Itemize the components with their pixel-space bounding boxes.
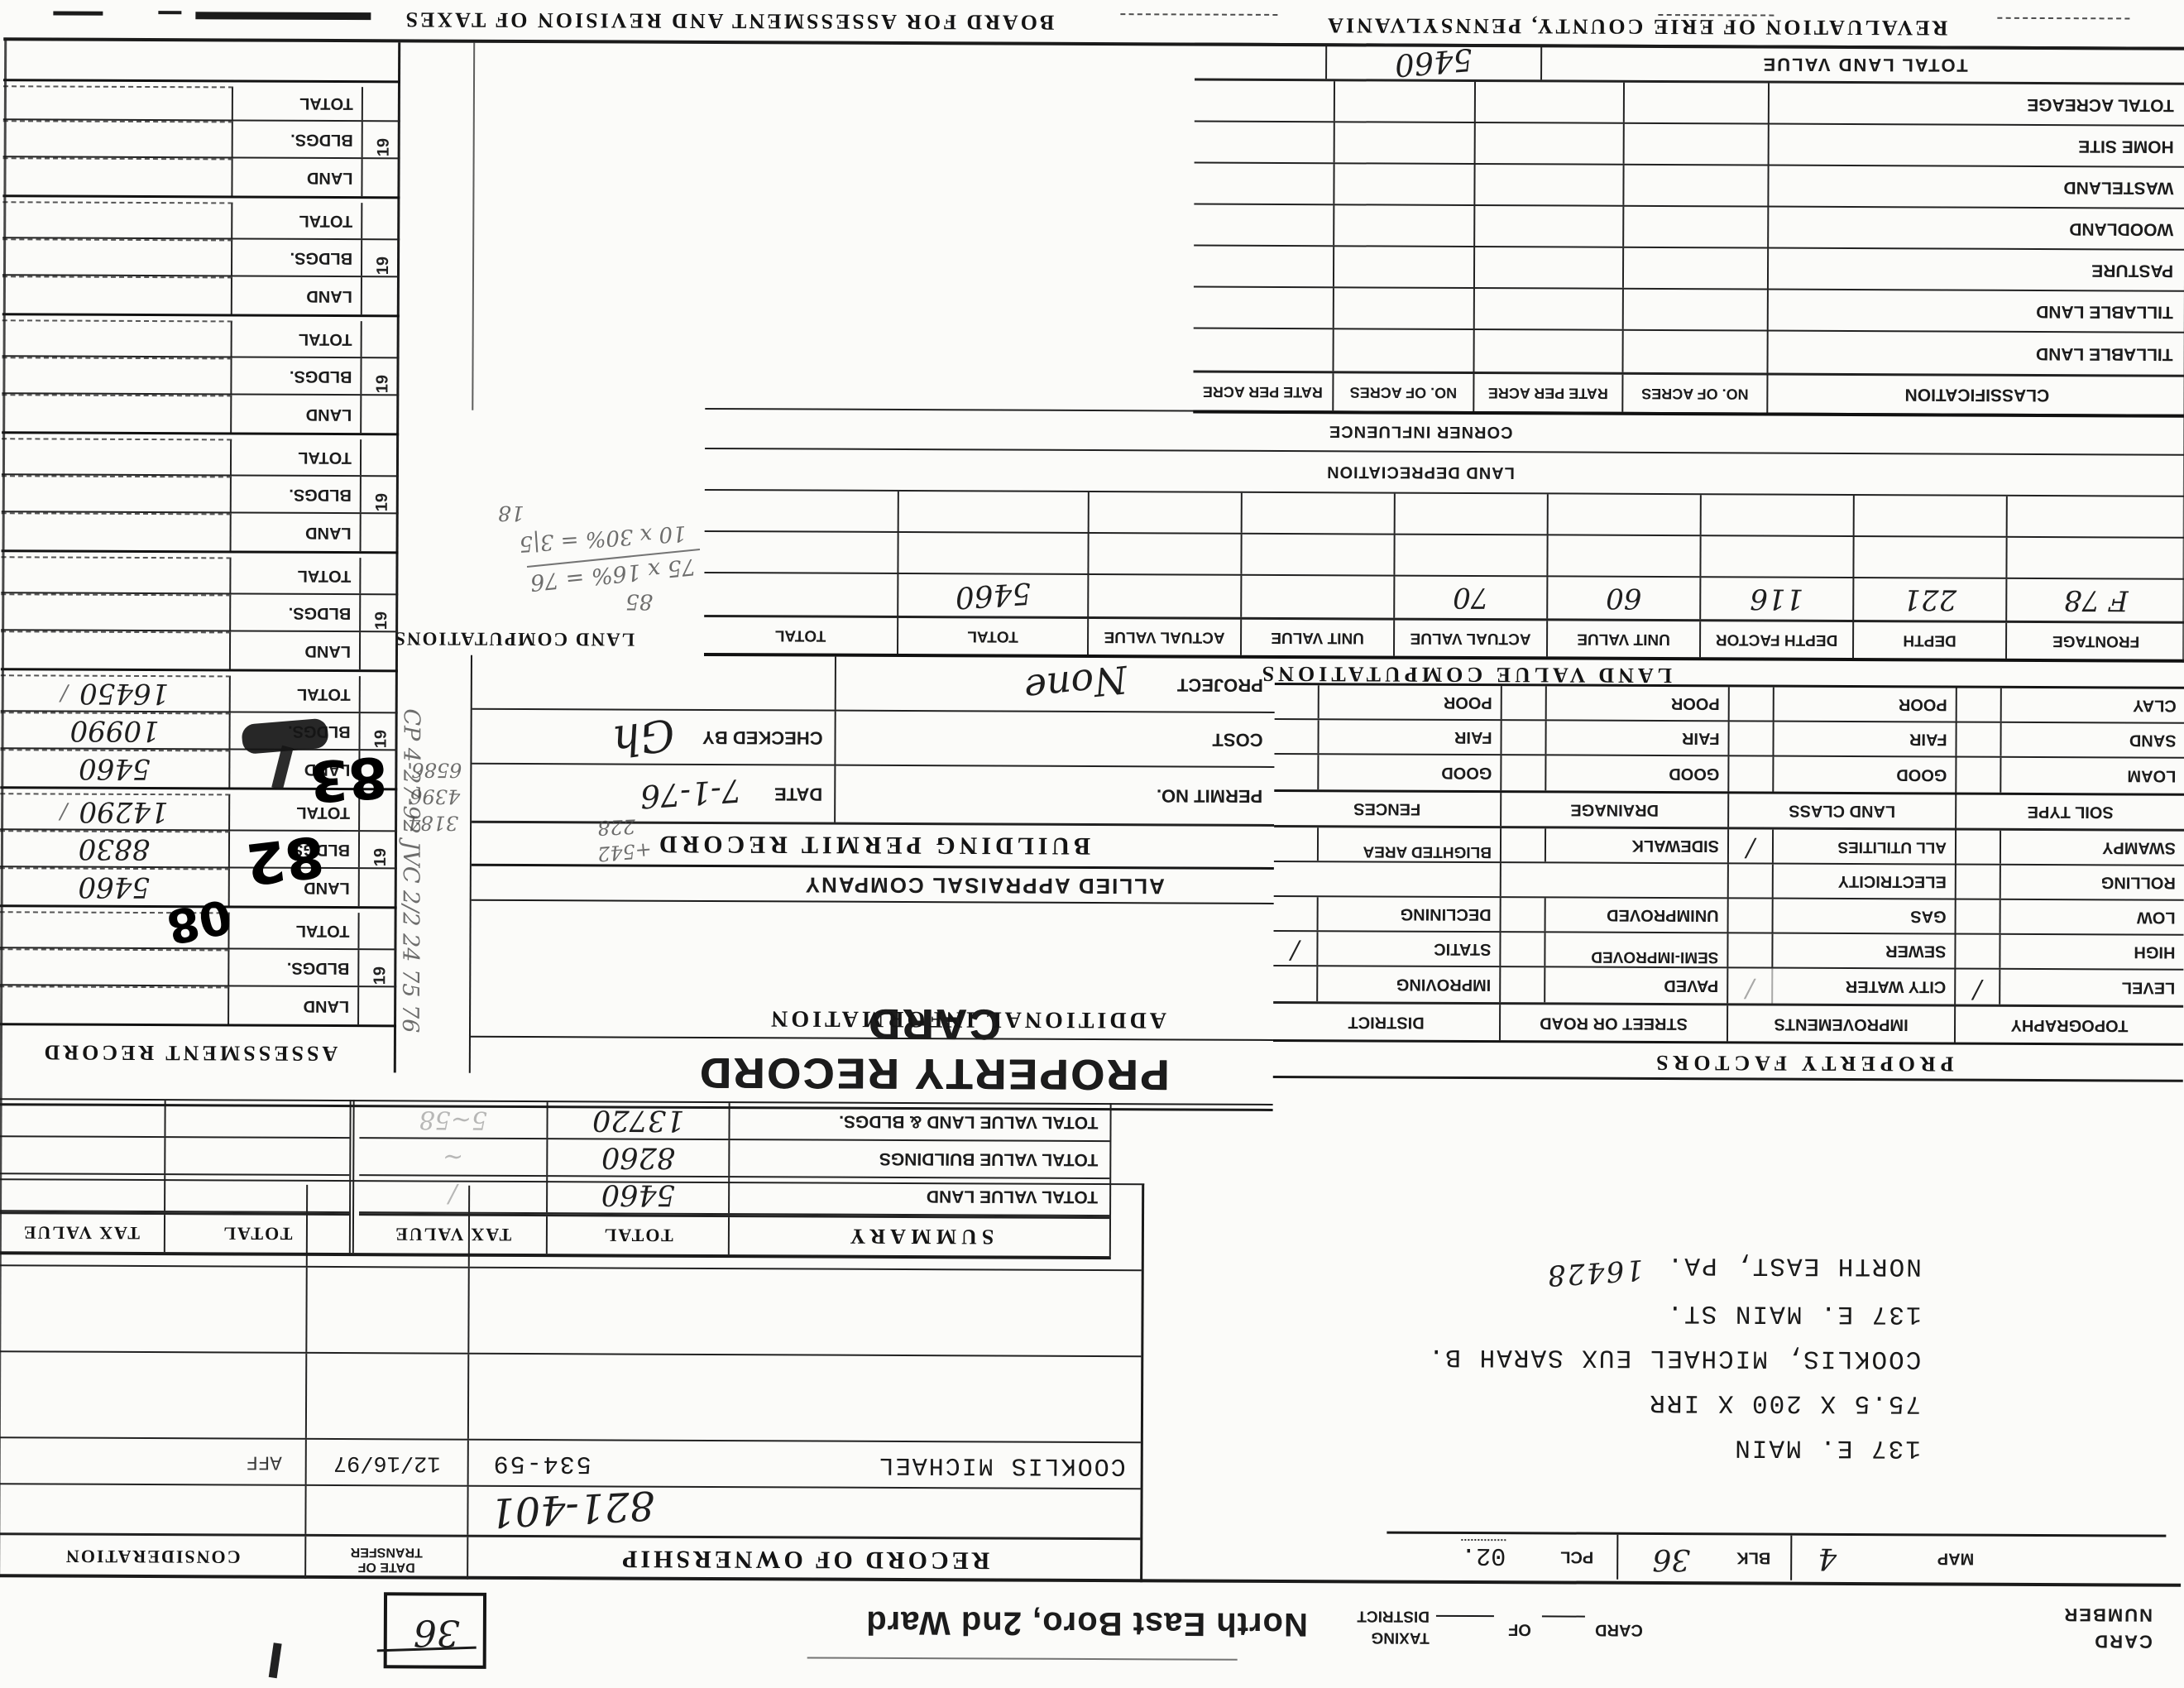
assessment-label-total: TOTAL (297, 684, 351, 703)
property-address2-text: NORTH EAST, PA. (1666, 1250, 1922, 1280)
card-of-blank1 (1542, 1615, 1585, 1617)
soil-header-class: LAND CLASS (1789, 801, 1895, 821)
factor-electricity: ELECTRICITY (1774, 865, 1955, 899)
assessment-label-bldgs: BLDGS. (289, 485, 352, 504)
class-header-rate2: RATE PER ACRE (1203, 383, 1323, 401)
factor-city-water: CITY WATER (1773, 969, 1954, 1005)
pencil-note-1: +542 (596, 838, 653, 866)
card-number-label: CARD NUMBER (2062, 1601, 2153, 1654)
assessment-1-total-value: 14290 (79, 795, 168, 828)
summary-header: SUMMARY (845, 1224, 994, 1249)
landclass-poor: POOR (1774, 688, 1956, 722)
assessment-label-total: TOTAL (299, 211, 352, 230)
map-value: 4 (1818, 1542, 1837, 1575)
summary-row-all-total: 13720 (592, 1104, 685, 1137)
property-owner: COOKLIS, MICHAEL EUX SARAH B. (1427, 1334, 1922, 1381)
card-number-line2: NUMBER (2062, 1601, 2153, 1628)
factor-sidewalk-check (1501, 828, 1546, 861)
pencil-math-4: 18 (498, 501, 524, 525)
factor-blighted-area: BLIGHTED AREA (1319, 827, 1500, 861)
scan-artifact-bar3 (158, 11, 181, 14)
project-value: None (1023, 657, 1130, 712)
year-prefix: 19 (371, 848, 390, 866)
property-factors-title: PROPERTY FACTORS (1554, 1049, 2051, 1077)
class-row-tillable2: TILLABLE LAND (2036, 301, 2173, 322)
comp-depth-value: 221 (1903, 583, 1956, 616)
factor-rolling: ROLLING (2001, 866, 2184, 899)
factors-header-topography: TOPOGRAPHY (2011, 1015, 2129, 1035)
property-location: 137 E. MAIN (1426, 1423, 1921, 1470)
summary-tax-header: TAX VALUE (394, 1224, 511, 1246)
summary-extra-table: TOTAL TAX VALUE (0, 1098, 355, 1253)
property-lot-size: 75.5 X 200 X IRR (1426, 1379, 1921, 1426)
assessment-record-title: ASSESSMENT RECORD (16, 1039, 363, 1066)
rule-factors-top (1273, 1076, 2183, 1082)
factor-sewer: SEWER (1773, 934, 1954, 968)
assessment-2-land-value: 5460 (79, 752, 151, 785)
soil-header-drainage: DRAINAGE (1570, 800, 1659, 819)
soil-loam: LOAM (2001, 758, 2184, 794)
district-rule (807, 1657, 1238, 1661)
card-of-card-label: CARD (1595, 1621, 1643, 1639)
owner-row-date: 12/16/97 (333, 1450, 441, 1475)
year-stamp-83: 83 (307, 743, 390, 813)
permit-title: BUILDING PERMIT RECORD (655, 830, 1090, 860)
pcl-value: 02. (1461, 1539, 1506, 1569)
scan-artifact-mark (269, 1642, 282, 1678)
assessment-label-land: LAND (305, 523, 352, 542)
factor-high-check (1956, 935, 2000, 968)
total-land-value-label: TOTAL LAND VALUE (1761, 54, 1967, 76)
strip-rule-lower (472, 43, 475, 410)
soil-header-fences: FENCES (1353, 799, 1420, 818)
assessment-2-bldgs-value: 10990 (69, 714, 159, 747)
year-prefix: 19 (373, 493, 392, 511)
scan-artifact-bar1 (195, 12, 371, 20)
permit-date-label: DATE (774, 783, 822, 804)
assessment-1-land-value: 5460 (78, 870, 150, 904)
taxing-label-line2: DISTRICT (1357, 1604, 1430, 1626)
factor-improving: IMPROVING (1318, 966, 1499, 1002)
card-of-group: CARD OF (1428, 1619, 1643, 1639)
taxing-label-line1: TAXING (1357, 1626, 1430, 1647)
factor-swampy-check (1956, 831, 2001, 864)
soil-header-type: SOIL TYPE (2028, 802, 2114, 821)
assessment-label-total: TOTAL (299, 94, 353, 113)
permit-no-label: PERMIT NO. (1157, 784, 1262, 807)
comp-header-depth: DEPTH (1903, 631, 1956, 650)
factor-semi-improved: SEMI-IMPROVED (1545, 933, 1727, 966)
blk-value: 36 (1652, 1542, 1690, 1576)
landclass-good: GOOD (1774, 757, 1955, 793)
year-prefix: 19 (372, 611, 391, 630)
assessment-label-land: LAND (306, 286, 352, 305)
summary-extra-tax-header: TAX VALUE (22, 1222, 140, 1244)
comp-depth-factor-value: 116 (1750, 582, 1803, 615)
checked-by-label: CHECKED BY (702, 727, 823, 749)
factor-static-check: / (1273, 932, 1318, 965)
owner-row-bookpage: 534-59 (492, 1449, 591, 1478)
factor-gas-check (1729, 899, 1774, 932)
assessment-block-6: 19 LAND BLDGS. TOTAL (2, 197, 400, 317)
card-rotated-canvas: CARD NUMBER CARD OF TAXING DISTRICT Nort… (0, 0, 2184, 1688)
summary-row-bldg-total: 8260 (601, 1141, 675, 1174)
property-zip-handwritten: 16428 (1545, 1247, 1645, 1298)
rule-allied-top (472, 899, 1274, 904)
factor-declining: DECLINING (1319, 897, 1500, 931)
scan-artifact-dash3 (1120, 13, 1277, 16)
landclass-fair: FAIR (1774, 722, 1955, 756)
drainage-good: GOOD (1546, 755, 1727, 791)
summary-table: SUMMARY TOTAL TAX VALUE TOTAL VALUE LAND… (359, 1100, 1112, 1256)
taxing-district-label: TAXING DISTRICT (1357, 1604, 1430, 1647)
factor-improving-check (1273, 966, 1318, 1001)
comp-header-depth-factor: DEPTH FACTOR (1716, 631, 1838, 650)
property-address2: NORTH EAST, PA. 16428 (1427, 1241, 1922, 1292)
deed-ref-handwritten: 821-401 (489, 1482, 656, 1537)
land-value-computations-title: LAND VALUE COMPUTATIONS (1209, 661, 1722, 688)
ownership-title: RECORD OF OWNERSHIP (619, 1545, 989, 1575)
factor-low: LOW (2001, 900, 2184, 934)
drainage-fair: FAIR (1546, 721, 1727, 755)
class-row-wasteland: WASTELAND (2063, 177, 2173, 198)
comp-header-frontage: FRONTAGE (2052, 632, 2139, 650)
date-of-transfer-header2: TRANSFER (306, 1544, 467, 1560)
taxing-district-value: North East Boro, 2nd Ward (865, 1604, 1308, 1642)
pencil-math-3: 10 x 30% = 3|5 (519, 520, 687, 556)
soil-sand: SAND (2001, 723, 2184, 757)
factor-sidewalk: SIDEWALK (1546, 828, 1727, 862)
card-of-blank2 (1436, 1615, 1494, 1617)
assessment-label-land: LAND (306, 405, 352, 424)
assessment-label-bldgs: BLDGS. (290, 130, 353, 149)
summary-total-header: TOTAL (603, 1225, 673, 1246)
year-stamp-82: 82 (242, 822, 328, 896)
fences-poor: POOR (1319, 685, 1501, 719)
comp-header-unit1: UNIT VALUE (1577, 630, 1670, 648)
map-divider2 (1616, 1535, 1618, 1580)
factor-swampy: SWAMPY (2001, 831, 2184, 865)
factor-rolling-check (1956, 866, 2001, 899)
assessment-label-bldgs: BLDGS. (287, 958, 350, 977)
classification-table: CLASSIFICATION NO. OF ACRES RATE PER ACR… (1193, 43, 2184, 418)
pencil-side-notes: CP 4-27-92 JVC 2/2 24 75 76 (397, 708, 424, 1089)
factor-level: LEVEL (2000, 970, 2183, 1005)
factor-sewer-check (1728, 933, 1773, 966)
assessment-label-land: LAND (304, 996, 350, 1015)
comp-header-unit2: UNIT VALUE (1271, 628, 1364, 646)
comp-unit1-value: 60 (1606, 582, 1641, 615)
comp-header-total2: TOTAL (775, 626, 826, 645)
factor-low-check (1956, 900, 2001, 933)
factor-static: STATIC (1318, 932, 1499, 966)
assessment-block-5: 19 LAND BLDGS. TOTAL (2, 315, 400, 435)
scan-artifact-bar2 (53, 12, 103, 16)
factors-header-street: STREET OR ROAD (1540, 1013, 1688, 1033)
map-label: MAP (1937, 1548, 1975, 1567)
class-row-woodland: WOODLAND (2069, 218, 2173, 239)
corner-influence-label: CORNER INFLUENCE (1329, 422, 1513, 442)
summary-row-land-label: TOTAL VALUE LAND (927, 1187, 1098, 1207)
factor-electricity-check (1729, 864, 1774, 897)
assessment-label-land: LAND (304, 641, 351, 660)
class-header: CLASSIFICATION (1905, 385, 2050, 405)
factors-table: TOPOGRAPHY IMPROVEMENTS STREET OR ROAD D… (1273, 683, 2184, 1046)
drainage-poor: POOR (1547, 686, 1728, 720)
scanned-property-record-card: CARD NUMBER CARD OF TAXING DISTRICT Nort… (0, 0, 2184, 1688)
summary-row-all-label: TOTAL VALUE LAND & BLDGS. (839, 1111, 1099, 1132)
comp-actual1-value: 70 (1453, 581, 1488, 614)
pcl-label: PCL (1560, 1547, 1593, 1566)
summary-row-all-tax: 5~58 (419, 1105, 488, 1134)
assessment-block-7: 19 LAND BLDGS. TOTAL (2, 79, 400, 199)
assessment-1-tick: / (60, 799, 68, 824)
factor-unimproved-check (1501, 898, 1546, 931)
year-prefix: 19 (374, 257, 393, 275)
pencil-math-1: 85 (625, 589, 653, 614)
class-row-pasture: PASTURE (2091, 260, 2173, 280)
summary-extra-total-header: TOTAL (222, 1223, 292, 1244)
factor-city-water-check: / (1728, 968, 1773, 1003)
map-row: MAP 4 BLK 36 PCL 02. (1387, 1532, 2166, 1582)
comp-header-actual2: ACTUAL VALUE (1104, 628, 1225, 647)
factor-all-utilities-check: / (1729, 829, 1774, 862)
assessment-block-4: 19 LAND BLDGS. TOTAL (2, 434, 400, 554)
assessment-label-bldgs: BLDGS. (290, 248, 352, 267)
comp-total-value: 5460 (954, 576, 1032, 615)
year-prefix: 19 (371, 966, 390, 985)
permit-cost-label: COST (1212, 729, 1262, 750)
footer-revaluation: REVALUATION OF ERIE COUNTY, PENNSYLVANIA (1325, 12, 1947, 40)
assessment-2-tick: / (60, 681, 68, 706)
soil-clay: CLAY (2002, 688, 2184, 722)
land-computations-title: LAND COMPUTATIONS (381, 627, 646, 650)
factor-paved: PAVED (1545, 967, 1727, 1003)
pencil-math-2: 75 x 16% = 76 (529, 553, 697, 595)
factor-level-check: / (1956, 970, 2000, 1005)
assessment-block-3: 19 LAND BLDGS. TOTAL (1, 552, 399, 672)
assessment-label-total: TOTAL (298, 566, 352, 585)
summary-row-land-total: 5460 (601, 1178, 675, 1211)
factor-gas: GAS (1774, 899, 1955, 933)
appraisal-company: ALLIED APPRAISAL COMPANY (728, 871, 1241, 899)
factor-semi-improved-check (1501, 933, 1545, 966)
fences-fair: FAIR (1319, 720, 1500, 754)
factor-paved-check (1501, 967, 1545, 1002)
summary-row-bldg-label: TOTAL VALUE BUILDINGS (879, 1149, 1099, 1169)
class-row-total-acreage: TOTAL ACREAGE (2027, 94, 2174, 115)
total-land-value-amount: 5460 (1393, 46, 1473, 79)
card-number-line1: CARD (2062, 1628, 2153, 1654)
pencil-note-2: 228 (597, 814, 636, 839)
date-of-transfer-header1: DATE OF (306, 1559, 467, 1575)
class-row-homesite: HOME SITE (2078, 136, 2174, 156)
class-header-acres1: NO. OF ACRES (1641, 385, 1748, 403)
class-row-tillable1: TILLABLE LAND (2036, 343, 2173, 364)
assessment-label-bldgs: BLDGS. (289, 603, 352, 622)
owner-row-consideration: AFF (246, 1451, 281, 1473)
assessment-label-total: TOTAL (296, 921, 350, 940)
assessment-label-total: TOTAL (299, 329, 352, 348)
card-of-of-label: OF (1508, 1619, 1531, 1638)
comp-header-actual1: ACTUAL VALUE (1410, 629, 1531, 648)
map-divider1 (1790, 1536, 1792, 1580)
factor-high: HIGH (2000, 935, 2183, 969)
checked-by-signature: Gh (609, 710, 677, 765)
assessment-label-land: LAND (307, 168, 353, 187)
class-header-acres2: NO. OF ACRES (1350, 383, 1457, 401)
factor-declining-check (1274, 897, 1319, 930)
permit-table: BUILDING PERMIT RECORD PERMIT NO. DATE 7… (472, 655, 1275, 870)
class-header-rate1: RATE PER ACRE (1488, 384, 1608, 402)
blk-label: BLK (1736, 1547, 1770, 1566)
land-depreciation-label: LAND DEPRECIATION (1326, 463, 1515, 482)
assessment-2-total-value: 16450 (79, 677, 169, 710)
card-box: 36 (384, 1592, 486, 1669)
property-address1: 137 E. MAIN ST. (1427, 1289, 1922, 1336)
factors-header-district: DISTRICT (1348, 1012, 1424, 1031)
property-block: 137 E. MAIN 75.5 X 200 X IRR COOKLIS, MI… (1426, 1241, 1922, 1470)
footer-board: BOARD FOR ASSESSMENT AND REVISION OF TAX… (404, 7, 1055, 34)
factor-blighted-check (1274, 827, 1319, 861)
factor-all-utilities: ALL UTILITIES (1774, 830, 1955, 864)
assessment-blocks: 19 LAND BLDGS. TOTAL 19 LAND5460 BLDGS.8… (0, 79, 400, 1027)
summary-row-land-tax: / (448, 1180, 457, 1209)
year-prefix: 19 (375, 138, 394, 156)
fences-good: GOOD (1319, 755, 1500, 790)
permit-date-value: 7-1-76 (639, 772, 742, 815)
year-prefix: 19 (373, 375, 392, 393)
comp-header-total1: TOTAL (967, 627, 1018, 645)
assessment-label-total: TOTAL (298, 448, 352, 467)
summary-row-bldg-tax: ~ (443, 1143, 463, 1172)
computations-table: FRONTAGE DEPTH DEPTH FACTOR UNIT VALUE A… (704, 408, 2184, 663)
comp-frontage-value: F 78 (2064, 583, 2129, 616)
factor-unimproved: UNIMPROVED (1546, 898, 1727, 932)
additional-info-title: ADDITIONAL INFORMATION (711, 1005, 1224, 1033)
assessment-1-bldgs-value: 8830 (79, 832, 151, 866)
consideration-header: CONSIDERATION (65, 1546, 241, 1568)
factors-header-improvements: IMPROVEMENTS (1774, 1014, 1908, 1034)
owner-row-name: COOKLIS MICHAEL (878, 1451, 1126, 1479)
assessment-label-bldgs: BLDGS. (290, 367, 352, 386)
scan-artifact-dash1 (1997, 17, 2129, 20)
